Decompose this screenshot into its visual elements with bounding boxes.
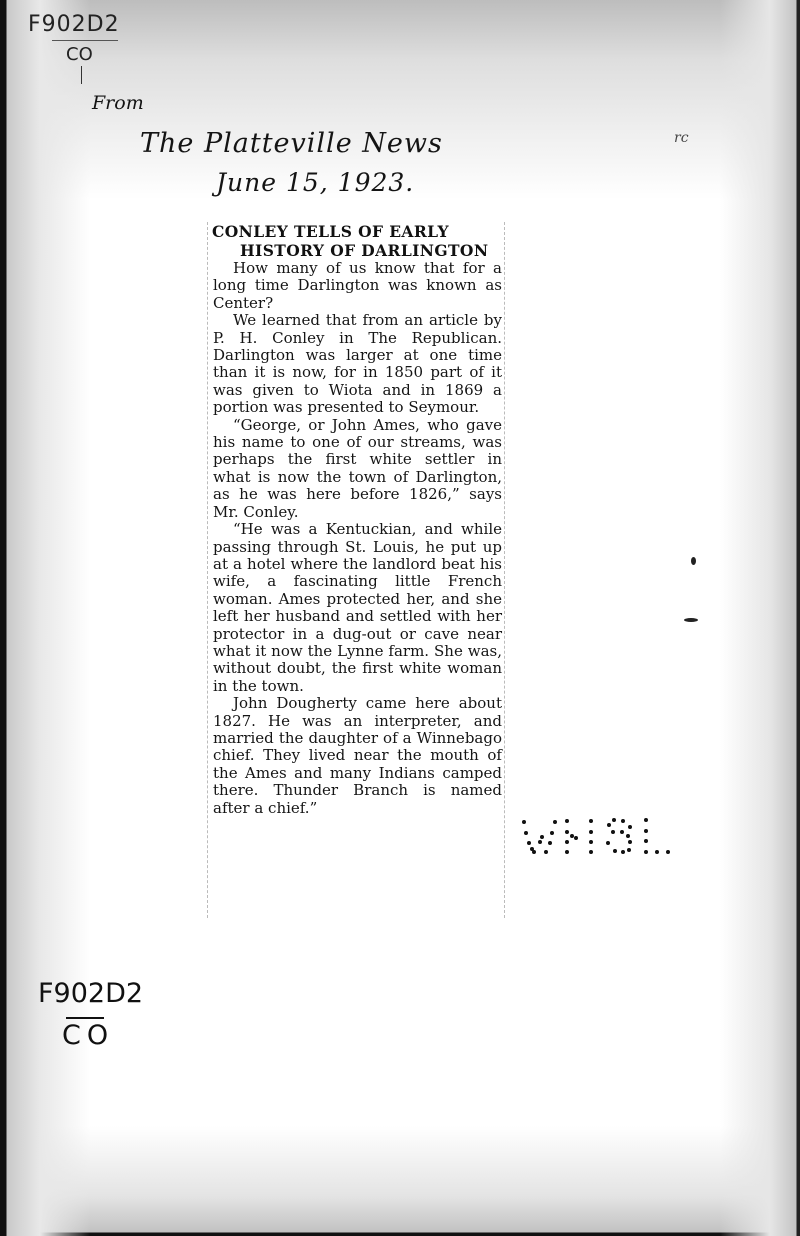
perforation-dot bbox=[522, 820, 526, 824]
headline-line-2: HISTORY OF DARLINGTON bbox=[212, 241, 504, 260]
perforation-dot bbox=[589, 819, 593, 823]
perforation-dot bbox=[548, 841, 552, 845]
ink-spot bbox=[684, 618, 698, 622]
handwritten-from: From bbox=[92, 92, 144, 114]
article-body: How many of us know that for a long time… bbox=[213, 260, 502, 817]
perforation-dot bbox=[589, 840, 593, 844]
perforation-dot bbox=[611, 830, 615, 834]
perforation-dot bbox=[628, 825, 632, 829]
perforation-dot bbox=[553, 820, 557, 824]
perforation-dot bbox=[655, 850, 659, 854]
handwritten-source: The Platteville News bbox=[140, 128, 443, 159]
perforation-dot bbox=[606, 841, 610, 845]
perforation-dot bbox=[628, 840, 632, 844]
perforation-dot bbox=[644, 839, 648, 843]
article-paragraph: “George, or John Ames, who gave his name… bbox=[213, 417, 502, 521]
article-headline: CONLEY TELLS OF EARLY HISTORY OF DARLING… bbox=[212, 222, 504, 260]
perforation-dot bbox=[565, 819, 569, 823]
perforation-dot bbox=[532, 850, 536, 854]
article-paragraph: John Dougherty came here about 1827. He … bbox=[213, 695, 502, 817]
perforation-dot bbox=[621, 850, 625, 854]
perforation-dot bbox=[538, 840, 542, 844]
newspaper-clipping: CONLEY TELLS OF EARLY HISTORY OF DARLING… bbox=[207, 222, 505, 918]
perforation-dot bbox=[626, 834, 630, 838]
headline-line-1: CONLEY TELLS OF EARLY bbox=[212, 222, 449, 241]
perforation-dot bbox=[544, 850, 548, 854]
catalog-divider-top bbox=[52, 40, 118, 41]
catalog-divider-bottom bbox=[66, 1017, 104, 1019]
perforation-dot bbox=[565, 830, 569, 834]
catalog-tick-mark bbox=[81, 66, 82, 84]
perforation-dot bbox=[589, 830, 593, 834]
perforation-dot bbox=[620, 830, 624, 834]
perforation-dot bbox=[666, 850, 670, 854]
catalog-suffix-bottom: CO bbox=[62, 1020, 114, 1051]
perforation-dot bbox=[613, 849, 617, 853]
perforation-dot bbox=[527, 841, 531, 845]
ink-spot bbox=[691, 557, 696, 565]
handwritten-date: June 15, 1923. bbox=[216, 168, 414, 197]
scanned-page: F902D2 CO From The Platteville News June… bbox=[0, 0, 800, 1236]
catalog-number-bottom: F902D2 bbox=[38, 978, 143, 1009]
margin-initials: rc bbox=[674, 130, 689, 146]
perforation-dot bbox=[612, 818, 616, 822]
perforation-dot bbox=[644, 850, 648, 854]
perforation-dot bbox=[574, 836, 578, 840]
perforation-dot bbox=[540, 835, 544, 839]
perforation-dot bbox=[621, 819, 625, 823]
perforation-dot bbox=[644, 818, 648, 822]
perforation-dot bbox=[627, 848, 631, 852]
article-paragraph: “He was a Kentuckian, and while passing … bbox=[213, 521, 502, 695]
perforation-dot bbox=[607, 823, 611, 827]
perforation-dot bbox=[565, 850, 569, 854]
perforation-dot bbox=[589, 850, 593, 854]
article-paragraph: We learned that from an article by P. H.… bbox=[213, 312, 502, 416]
article-paragraph: How many of us know that for a long time… bbox=[213, 260, 502, 312]
catalog-suffix-top: CO bbox=[66, 44, 93, 65]
perforation-dot bbox=[565, 840, 569, 844]
perforation-dot bbox=[524, 831, 528, 835]
catalog-number-top: F902D2 bbox=[28, 12, 120, 37]
perforation-dot bbox=[550, 831, 554, 835]
perforation-dot bbox=[644, 829, 648, 833]
perforation-stamp bbox=[520, 812, 670, 848]
